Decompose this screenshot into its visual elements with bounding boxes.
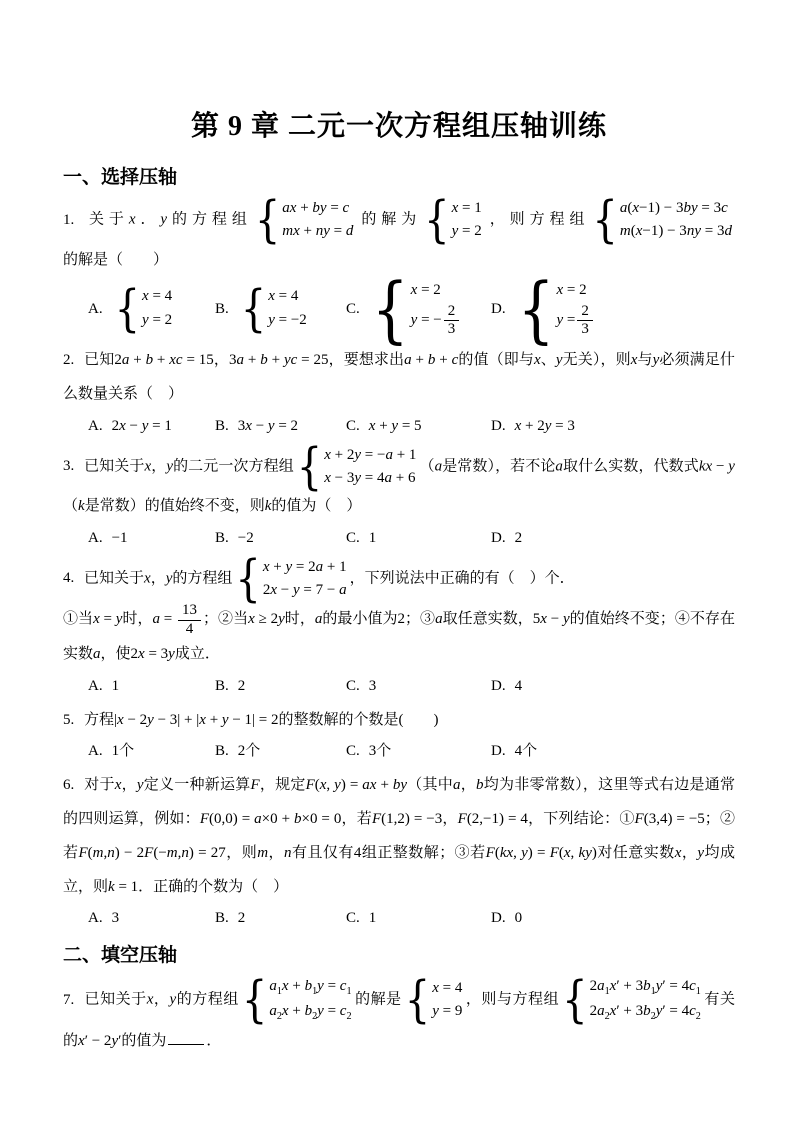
equation-system: {ax + by = cmx + ny = d xyxy=(255,197,354,244)
math-expression: a1x + b1y = c1 xyxy=(269,975,351,1000)
system-rows: 2a1x′ + 3b1y′ = 4c12a2x′ + 3b2y′ = 4c2 xyxy=(590,975,701,1025)
option: D.0 xyxy=(491,906,735,930)
question: 3. 已知关于x，y的二元一次方程组{x + 2y = −a + 1x − 3y… xyxy=(63,444,735,550)
option-label: D. xyxy=(491,297,506,321)
system-row: y = 9 xyxy=(432,1000,462,1023)
math-expression: 2a1x′ + 3b1y′ = 4c1 xyxy=(590,975,701,1000)
math-expression: x xyxy=(534,352,541,368)
text-run: 2个 xyxy=(238,743,261,759)
equation-system: {a1x + b1y = c1a2x + b2y = c2 xyxy=(242,975,352,1025)
system-row: a2x + b2y = c2 xyxy=(269,1000,351,1025)
text-run: ， xyxy=(681,845,697,861)
text-run: 取任意实数， xyxy=(443,611,533,627)
text-run: 定义一种新运算 xyxy=(144,777,251,793)
text-run: ， xyxy=(151,570,166,586)
option-label: D. xyxy=(491,414,506,438)
math-expression: F(x, y) = ax + by xyxy=(306,777,407,793)
math-expression: a = xyxy=(153,611,177,627)
text-run: 无关），则 xyxy=(563,352,631,368)
text-run: ①当 xyxy=(63,611,93,627)
option-content: 1 xyxy=(112,674,120,698)
math-expression: x + 2y = −a + 1 xyxy=(324,444,416,467)
system-row: a(x−1) − 3by = 3c xyxy=(620,197,728,220)
text-run: ，则 xyxy=(226,845,257,861)
question-text: 2. 已知2a + b + xc = 15，3a + b + yc = 25，要… xyxy=(63,344,735,412)
option-label: A. xyxy=(88,906,103,930)
question-number: 1. xyxy=(63,212,83,228)
text-run: 的解是（ ） xyxy=(63,252,168,268)
option-content: {x = 2y = −23 xyxy=(369,279,465,338)
math-expression: 1 xyxy=(369,530,377,546)
text-run: 已知 xyxy=(84,352,114,368)
text-run: ．正确的个数为（ ） xyxy=(138,879,288,895)
math-expression: 2x − y = 1 xyxy=(112,418,172,434)
option: D.4 xyxy=(491,674,735,698)
answer-blank xyxy=(168,1028,204,1045)
options-row: A.1个B.2个C.3个D.4个 xyxy=(63,739,735,763)
system-rows: a(x−1) − 3by = 3cm(x−1) − 3ny = 3d xyxy=(620,197,732,244)
options-row: A.3B.2C.1D.0 xyxy=(63,906,735,930)
math-expression: m(x−1) − 3ny = 3d xyxy=(620,220,732,243)
text-run: 的解是 xyxy=(355,992,402,1008)
text-run: ， xyxy=(214,352,229,368)
text-run: 已知关于 xyxy=(84,570,144,586)
math-expression: a2x + b2y = c2 xyxy=(269,1000,351,1025)
system-row: y = −2 xyxy=(268,309,307,332)
math-expression: a xyxy=(435,611,443,627)
system-brace: { xyxy=(297,442,322,492)
option-label: A. xyxy=(88,526,103,550)
question-number: 7. xyxy=(63,992,79,1008)
math-expression: 2x = 3y xyxy=(131,646,175,662)
question-text: 5. 方程|x − 2y − 3| + |x + y − 1| = 2的整数解的… xyxy=(63,704,735,738)
system-brace: { xyxy=(235,554,260,604)
text-run: 3个 xyxy=(369,743,392,759)
option: A.{x = 4y = 2 xyxy=(88,285,215,332)
option: A.1个 xyxy=(88,739,215,763)
math-expression: x xyxy=(144,570,151,586)
option: B.{x = 4y = −2 xyxy=(215,285,346,332)
equation-system: {x + y = 2a + 12x − y = 7 − a xyxy=(235,556,346,603)
text-run: 的整数解的个数是( ) xyxy=(279,712,439,728)
option-label: A. xyxy=(88,739,103,763)
math-expression: x = 2 xyxy=(411,279,441,302)
text-run: 的二元一次方程组 xyxy=(173,458,294,474)
option: B.3x − y = 2 xyxy=(215,414,346,438)
text-run: 已知关于 xyxy=(84,458,144,474)
option-content: 0 xyxy=(515,906,523,930)
math-expression: −2 xyxy=(238,530,254,546)
option-content: 4个 xyxy=(515,739,538,763)
option-content: 2 xyxy=(515,526,523,550)
system-row: x = 4 xyxy=(142,285,172,308)
option-content: {x = 4y = 2 xyxy=(112,285,176,332)
text-run: ． xyxy=(136,212,161,228)
fraction-numerator: 13 xyxy=(178,602,201,620)
math-expression: a(x−1) − 3by = 3c xyxy=(620,197,728,220)
option-content: 3 xyxy=(369,674,377,698)
option-label: C. xyxy=(346,297,360,321)
option-label: B. xyxy=(215,526,229,550)
math-expression: mx + ny = d xyxy=(282,220,353,243)
text-run: 已知关于 xyxy=(85,992,147,1008)
text-run: 方程 xyxy=(84,712,114,728)
option: D.{x = 2y = 23 xyxy=(491,279,735,338)
text-run: 取什么实数，代数式 xyxy=(563,458,699,474)
option-label: D. xyxy=(491,526,506,550)
math-expression: 3 xyxy=(112,910,120,926)
system-row: y = 2 xyxy=(452,220,482,243)
option-content: 2个 xyxy=(238,739,261,763)
option-content: 1 xyxy=(369,526,377,550)
document-content: 一、选择压轴1. 关于x．y的方程组{ax + by = cmx + ny = … xyxy=(63,162,735,1059)
system-row: x = 1 xyxy=(452,197,482,220)
math-expression: y = −2 xyxy=(268,309,307,332)
equation-system: {x = 4y = −2 xyxy=(241,285,307,332)
options-row: A.2x − y = 1B.3x − y = 2C.x + y = 5D.x +… xyxy=(63,414,735,438)
math-expression: y = − xyxy=(411,309,442,332)
page-title: 第 9 章 二元一次方程组压轴训练 xyxy=(63,104,735,144)
math-expression: x + y = 5 xyxy=(369,418,422,434)
system-brace: { xyxy=(592,195,617,245)
system-rows: x + y = 2a + 12x − y = 7 − a xyxy=(263,556,347,603)
option: C.1 xyxy=(346,526,491,550)
option: C.3个 xyxy=(346,739,491,763)
math-expression: x′ − 2y′ xyxy=(78,1033,121,1049)
math-expression: n xyxy=(284,845,292,861)
fraction-numerator: 2 xyxy=(577,303,593,321)
section-1: 一、选择压轴1. 关于x．y的方程组{ax + by = cmx + ny = … xyxy=(63,162,735,930)
math-expression: 3x − y = 2 xyxy=(238,418,298,434)
math-expression: x = 2 xyxy=(557,279,587,302)
text-run: ， xyxy=(153,992,169,1008)
option: B.2个 xyxy=(215,739,346,763)
worksheet-page: 第 9 章 二元一次方程组压轴训练 一、选择压轴1. 关于x．y的方程组{ax … xyxy=(0,0,793,1122)
question-number: 3. xyxy=(63,458,78,474)
system-brace: { xyxy=(372,272,409,345)
text-run: 的值为（ ） xyxy=(271,498,361,514)
math-expression: a + b + c xyxy=(404,352,458,368)
question-number: 6. xyxy=(63,777,78,793)
system-row: y = 2 xyxy=(142,309,172,332)
system-rows: x + 2y = −a + 1x − 3y = 4a + 6 xyxy=(324,444,416,491)
text-run: ， xyxy=(268,845,284,861)
option: C.1 xyxy=(346,906,491,930)
system-brace: { xyxy=(242,975,267,1025)
math-expression: 0 xyxy=(515,910,523,926)
text-run: 的值（即与 xyxy=(458,352,534,368)
fraction-denominator: 3 xyxy=(444,321,460,338)
text-run: 有且仅有4组正整数解；③若 xyxy=(292,845,486,861)
math-expression: 2 xyxy=(238,678,246,694)
math-expression: F xyxy=(250,777,259,793)
option-label: B. xyxy=(215,906,229,930)
system-rows: x = 2y = 23 xyxy=(557,279,595,338)
math-expression: 3 xyxy=(369,678,377,694)
system-brace: { xyxy=(115,284,140,334)
math-expression: x − 3y = 4a + 6 xyxy=(324,467,415,490)
math-expression: a xyxy=(435,458,443,474)
math-expression: b xyxy=(476,777,484,793)
system-row: x = 4 xyxy=(432,977,462,1000)
option-content: 3x − y = 2 xyxy=(238,414,298,438)
section-heading: 一、选择压轴 xyxy=(63,162,735,189)
options-row: A.1B.2C.3D.4 xyxy=(63,674,735,698)
math-expression: 2a + b + xc = 15 xyxy=(114,352,213,368)
math-expression: 5x − y xyxy=(533,611,570,627)
question: 5. 方程|x − 2y − 3| + |x + y − 1| = 2的整数解的… xyxy=(63,704,735,764)
math-expression: 4 xyxy=(515,678,523,694)
question-text: 6. 对于x，y定义一种新运算F，规定F(x, y) = ax + by（其中a… xyxy=(63,769,735,904)
math-expression: F(0,0) = a×0 + b×0 = 0 xyxy=(200,811,341,827)
math-expression: ax + by = c xyxy=(282,197,349,220)
option-content: −1 xyxy=(112,526,128,550)
text-run: （其中 xyxy=(407,777,453,793)
option-content: −2 xyxy=(238,526,254,550)
fraction-denominator: 4 xyxy=(182,621,198,638)
system-rows: x = 4y = −2 xyxy=(268,285,307,332)
text-run: （ xyxy=(419,458,434,474)
math-expression: 2 xyxy=(515,530,523,546)
math-expression: y = 2 xyxy=(142,309,172,332)
question: 4. 已知关于x，y的方程组{x + y = 2a + 12x − y = 7 … xyxy=(63,556,735,698)
math-expression: 1 xyxy=(112,678,120,694)
math-expression: x = 1 xyxy=(452,197,482,220)
text-run: 的方程组 xyxy=(167,212,252,228)
math-expression: kx − y xyxy=(699,458,735,474)
option-content: 1个 xyxy=(112,739,135,763)
text-run: 是常数）的值始终不变，则 xyxy=(85,498,265,514)
text-run: 是常数），若不论 xyxy=(442,458,555,474)
math-expression: m xyxy=(257,845,268,861)
option-label: B. xyxy=(215,674,229,698)
question: 1. 关于x．y的方程组{ax + by = cmx + ny = d的解为{x… xyxy=(63,197,735,338)
system-row: a1x + b1y = c1 xyxy=(269,975,351,1000)
option-label: A. xyxy=(88,674,103,698)
option-label: C. xyxy=(346,414,360,438)
fraction-numerator: 2 xyxy=(444,303,460,321)
equation-system: {x = 2y = −23 xyxy=(372,279,462,338)
math-expression: −1 xyxy=(112,530,128,546)
option-label: A. xyxy=(88,414,103,438)
text-run: 的解为 xyxy=(356,212,421,228)
equation-system: {x = 4y = 2 xyxy=(115,285,173,332)
math-expression: y xyxy=(556,352,563,368)
option-label: D. xyxy=(491,739,506,763)
option-content: 1 xyxy=(369,906,377,930)
math-expression: |x − 2y − 3| + |x + y − 1| = 2 xyxy=(114,712,279,728)
text-run: ；②当 xyxy=(203,611,248,627)
math-expression: y = 9 xyxy=(432,1000,462,1023)
section-2: 二、填空压轴7. 已知关于x，y的方程组{a1x + b1y = c1a2x +… xyxy=(63,940,735,1058)
text-run: ， xyxy=(121,777,136,793)
math-expression: y = 2 xyxy=(452,220,482,243)
question: 2. 已知2a + b + xc = 15，3a + b + yc = 25，要… xyxy=(63,344,735,438)
math-expression: 2x − y = 7 − a xyxy=(263,579,347,602)
equation-system: {x = 4y = 9 xyxy=(405,977,463,1024)
text-run: ，下列结论：① xyxy=(528,811,635,827)
text-run: ， xyxy=(151,458,166,474)
system-rows: ax + by = cmx + ny = d xyxy=(282,197,353,244)
math-expression: k xyxy=(78,498,85,514)
math-expression: 2a2x′ + 3b2y′ = 4c2 xyxy=(590,1000,701,1025)
math-expression: x ≥ 2y xyxy=(248,611,285,627)
question-text: 1. 关于x．y的方程组{ax + by = cmx + ny = d的解为{x… xyxy=(63,197,735,277)
math-expression: x xyxy=(129,212,136,228)
text-run: 关于 xyxy=(89,212,129,228)
option: A.1 xyxy=(88,674,215,698)
system-row: x + 2y = −a + 1 xyxy=(324,444,416,467)
text-run: ， xyxy=(461,777,476,793)
system-brace: { xyxy=(562,975,587,1025)
math-expression: x = 4 xyxy=(432,977,462,1000)
text-run: ． xyxy=(206,1033,221,1049)
system-row: x + y = 2a + 1 xyxy=(263,556,347,579)
options-row: A.{x = 4y = 2B.{x = 4y = −2C.{x = 2y = −… xyxy=(63,279,735,338)
text-run: ，下列说法中正确的有（ ）个． xyxy=(350,570,575,586)
math-expression: y = xyxy=(557,309,576,332)
option-label: D. xyxy=(491,906,506,930)
system-brace: { xyxy=(424,195,449,245)
text-run: 与 xyxy=(637,352,652,368)
option-content: 2 xyxy=(238,674,246,698)
option-content: x + y = 5 xyxy=(369,414,422,438)
text-run: 的最小值为2；③ xyxy=(322,611,435,627)
math-expression: k = 1 xyxy=(108,879,138,895)
text-run: 的方程组 xyxy=(172,570,232,586)
equation-system: {a(x−1) − 3by = 3cm(x−1) − 3ny = 3d xyxy=(592,197,732,244)
equation-system: {x = 1y = 2 xyxy=(424,197,482,244)
system-rows: a1x + b1y = c1a2x + b2y = c2 xyxy=(269,975,351,1025)
option: D.2 xyxy=(491,526,735,550)
text-run: 的值为 xyxy=(121,1033,166,1049)
math-expression: F(m,n) − 2F(−m,n) = 27 xyxy=(78,845,225,861)
section-heading: 二、填空压轴 xyxy=(63,940,735,967)
text-run: （ xyxy=(63,498,78,514)
text-run: ， xyxy=(442,811,457,827)
option-content: 3 xyxy=(112,906,120,930)
option: D.4个 xyxy=(491,739,735,763)
system-brace: { xyxy=(255,195,280,245)
option-label: A. xyxy=(88,297,103,321)
system-rows: x = 1y = 2 xyxy=(452,197,482,244)
system-brace: { xyxy=(241,284,266,334)
system-row: 2a2x′ + 3b2y′ = 4c2 xyxy=(590,1000,701,1025)
text-run: 、 xyxy=(541,352,556,368)
option-label: C. xyxy=(346,674,360,698)
option-content: 2x − y = 1 xyxy=(112,414,172,438)
option: C.3 xyxy=(346,674,491,698)
math-expression: x = 4 xyxy=(268,285,298,308)
math-expression: F(kx, y) = F(x, ky) xyxy=(486,845,597,861)
text-run: 对于 xyxy=(84,777,114,793)
option: C.x + y = 5 xyxy=(346,414,491,438)
option-content: {x = 4y = −2 xyxy=(238,285,310,332)
question-number: 2. xyxy=(63,352,78,368)
option: B.2 xyxy=(215,906,346,930)
math-expression: F(3,4) = −5 xyxy=(635,811,705,827)
option-label: D. xyxy=(491,674,506,698)
math-expression: 1 xyxy=(369,910,377,926)
system-brace: { xyxy=(405,975,430,1025)
option: A.−1 xyxy=(88,526,215,550)
text-run: ，若 xyxy=(341,811,372,827)
text-run: ，规定 xyxy=(260,777,306,793)
equation-system: {x + 2y = −a + 1x − 3y = 4a + 6 xyxy=(297,444,417,491)
question-number: 5. xyxy=(63,712,78,728)
system-row: m(x−1) − 3ny = 3d xyxy=(620,220,732,243)
text-run: ，要想求出 xyxy=(328,352,404,368)
system-row: 2a1x′ + 3b1y′ = 4c1 xyxy=(590,975,701,1000)
fraction: 134 xyxy=(178,602,201,638)
math-expression: a xyxy=(453,777,461,793)
text-run: 对任意实数 xyxy=(597,845,675,861)
math-expression: 3a + b + yc = 25 xyxy=(229,352,328,368)
math-expression: x = 4 xyxy=(142,285,172,308)
option-label: C. xyxy=(346,526,360,550)
fraction: 23 xyxy=(444,303,460,339)
option-content: 3个 xyxy=(369,739,392,763)
system-rows: x = 4y = 9 xyxy=(432,977,462,1024)
system-row: x = 2 xyxy=(411,279,441,302)
option-content: {x = 2y = 23 xyxy=(515,279,598,338)
text-run: ，则与方程组 xyxy=(465,992,559,1008)
equation-system: {x = 2y = 23 xyxy=(518,279,595,338)
options-row: A.−1B.−2C.1D.2 xyxy=(63,526,735,550)
text-run: 1个 xyxy=(112,743,135,759)
math-expression: x + y = 2a + 1 xyxy=(263,556,347,579)
option-label: C. xyxy=(346,906,360,930)
system-brace: { xyxy=(518,272,555,345)
option-content: 4 xyxy=(515,674,523,698)
system-row: y = 23 xyxy=(557,303,595,339)
question-text: 7. 已知关于x，y的方程组{a1x + b1y = c1a2x + b2y =… xyxy=(63,975,735,1058)
math-expression: 2 xyxy=(238,910,246,926)
system-row: ax + by = c xyxy=(282,197,349,220)
text-run: 的方程组 xyxy=(176,992,239,1008)
system-row: x = 4 xyxy=(268,285,298,308)
text-run: 时， xyxy=(285,611,315,627)
system-row: x − 3y = 4a + 6 xyxy=(324,467,415,490)
text-run: 成立． xyxy=(175,646,220,662)
math-expression: F(1,2) = −3 xyxy=(372,811,442,827)
system-row: y = −23 xyxy=(411,303,462,339)
math-expression: y xyxy=(166,458,173,474)
text-run: 时， xyxy=(122,611,152,627)
option-label: B. xyxy=(215,297,229,321)
system-row: mx + ny = d xyxy=(282,220,353,243)
option: A.3 xyxy=(88,906,215,930)
system-rows: x = 4y = 2 xyxy=(142,285,172,332)
text-run: ，则方程组 xyxy=(485,212,590,228)
option-label: B. xyxy=(215,414,229,438)
question: 7. 已知关于x，y的方程组{a1x + b1y = c1a2x + b2y =… xyxy=(63,975,735,1058)
option-label: C. xyxy=(346,739,360,763)
system-row: x = 2 xyxy=(557,279,587,302)
question-number: 4. xyxy=(63,570,78,586)
system-rows: x = 2y = −23 xyxy=(411,279,462,338)
question: 6. 对于x，y定义一种新运算F，规定F(x, y) = ax + by（其中a… xyxy=(63,769,735,930)
fraction: 23 xyxy=(577,303,593,339)
option: C.{x = 2y = −23 xyxy=(346,279,491,338)
question-text: 4. 已知关于x，y的方程组{x + y = 2a + 12x − y = 7 … xyxy=(63,556,735,672)
question-text: 3. 已知关于x，y的二元一次方程组{x + 2y = −a + 1x − 3y… xyxy=(63,444,735,524)
option: A.2x − y = 1 xyxy=(88,414,215,438)
option: D.x + 2y = 3 xyxy=(491,414,735,438)
math-expression: F(2,−1) = 4 xyxy=(458,811,528,827)
equation-system: {2a1x′ + 3b1y′ = 4c12a2x′ + 3b2y′ = 4c2 xyxy=(562,975,701,1025)
option-label: B. xyxy=(215,739,229,763)
